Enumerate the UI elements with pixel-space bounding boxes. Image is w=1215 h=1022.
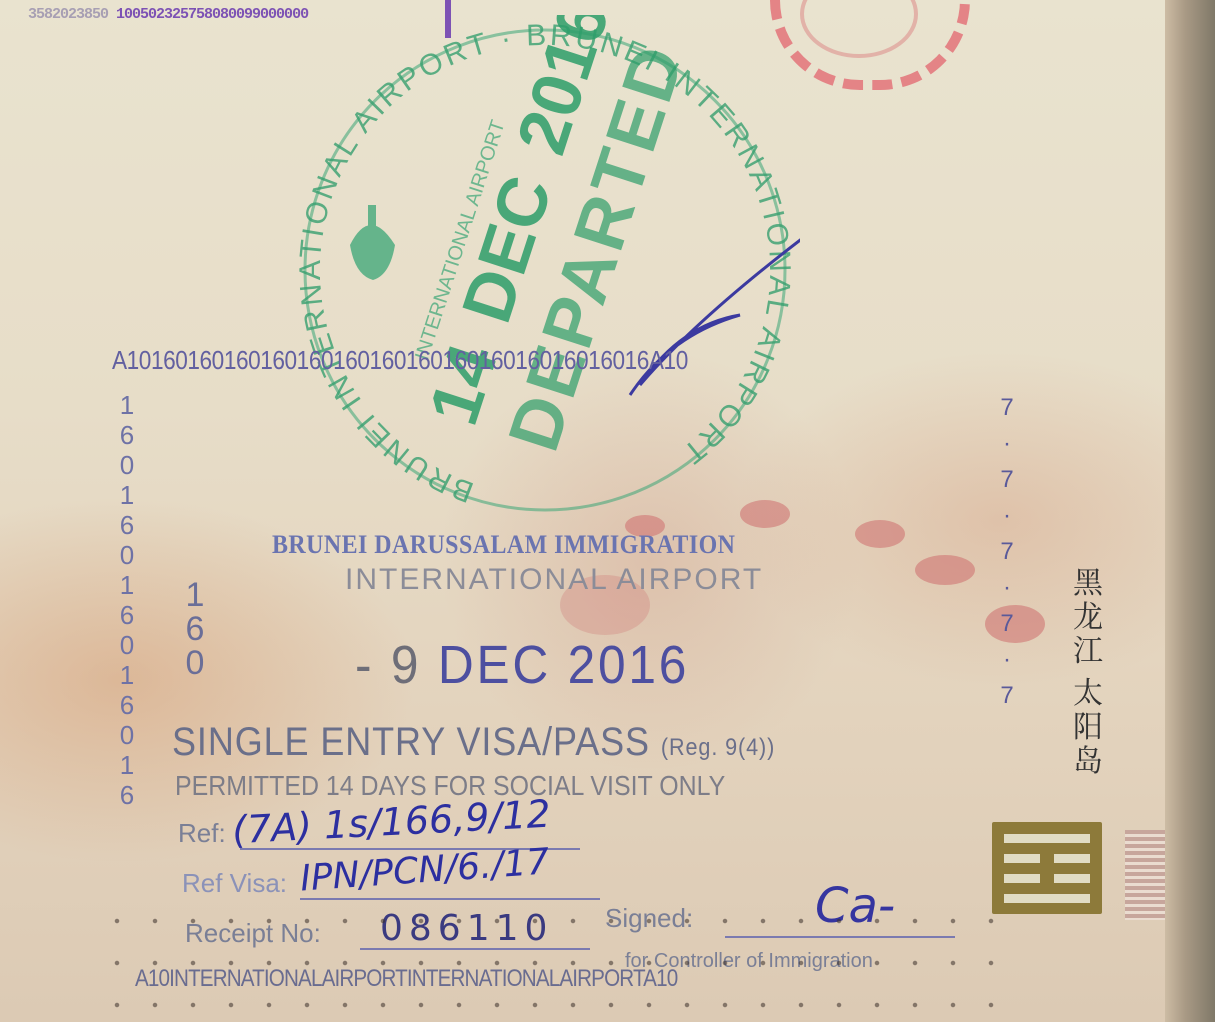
visa-side-digits: 1 6 0 bbox=[180, 578, 210, 680]
security-digit: 6 bbox=[112, 510, 142, 540]
chinese-char: 岛 bbox=[1070, 745, 1106, 779]
top-partial-stamp: 3582023850 100502325758080099000000 bbox=[28, 6, 308, 32]
security-digit: 0 bbox=[112, 720, 142, 750]
security-digit: · bbox=[995, 642, 1019, 678]
side-digit: 1 bbox=[180, 578, 210, 612]
security-digit: · bbox=[995, 426, 1019, 462]
chinese-char: 黑 bbox=[1070, 567, 1106, 601]
chinese-char: 江 bbox=[1070, 635, 1106, 669]
security-digit: 1 bbox=[112, 570, 142, 600]
chinese-char: 阳 bbox=[1070, 711, 1106, 745]
security-digit: 7 bbox=[995, 534, 1019, 570]
departure-stamp: BRUNEI INTERNATIONAL AIRPORT · BRUNEI IN… bbox=[290, 15, 800, 515]
security-digit: 1 bbox=[112, 750, 142, 780]
security-digit: 1 bbox=[112, 660, 142, 690]
visa-type: SINGLE ENTRY VISA/PASS (Reg. 9(4)) bbox=[172, 720, 775, 765]
side-digit: 6 bbox=[180, 612, 210, 646]
ink-blot bbox=[855, 520, 905, 548]
visa-regulation: (Reg. 9(4)) bbox=[661, 734, 775, 761]
side-digit: 0 bbox=[180, 646, 210, 680]
security-digit: · bbox=[995, 498, 1019, 534]
visa-date-month: DEC bbox=[438, 635, 551, 695]
top-stamp-faint-text: 3582023850 bbox=[28, 6, 108, 23]
ref-visa-label: Ref Visa: bbox=[182, 868, 287, 899]
security-digit: 1 bbox=[112, 480, 142, 510]
security-digit: 6 bbox=[112, 420, 142, 450]
visa-security-row-top: A101601601601601601601601601601601601601… bbox=[112, 345, 688, 376]
ink-blot bbox=[915, 555, 975, 585]
security-digit: 0 bbox=[112, 540, 142, 570]
visa-security-col-left: 1 6 0 1 6 0 1 6 0 1 6 0 1 6 bbox=[112, 390, 142, 810]
visa-date-day: - 9 bbox=[355, 635, 421, 695]
visa-type-text: SINGLE ENTRY VISA/PASS bbox=[172, 720, 650, 764]
visa-location: INTERNATIONAL AIRPORT bbox=[345, 563, 763, 597]
security-digit: 0 bbox=[112, 450, 142, 480]
background-chinese-text: 黑 龙 江 太 阳 岛 bbox=[1070, 567, 1106, 779]
visa-entry-date: - 9 DEC 2016 bbox=[355, 634, 689, 696]
perforation-dots bbox=[98, 900, 998, 1020]
security-digit: 7 bbox=[995, 390, 1019, 426]
trigram-emblem-icon bbox=[992, 822, 1102, 914]
chinese-char: 太 bbox=[1070, 677, 1106, 711]
security-digit: 6 bbox=[112, 600, 142, 630]
security-digit: 1 bbox=[112, 390, 142, 420]
ref-label: Ref: bbox=[178, 818, 226, 849]
visa-security-col-right: 7 · 7 · 7 · 7 · 7 bbox=[995, 390, 1019, 714]
security-digit: 7 bbox=[995, 462, 1019, 498]
visa-date-year: 2016 bbox=[568, 635, 690, 695]
security-digit: · bbox=[995, 570, 1019, 606]
passport-page-edge bbox=[1165, 0, 1215, 1022]
decorative-stripes bbox=[1125, 830, 1165, 920]
security-digit: 6 bbox=[112, 690, 142, 720]
security-digit: 6 bbox=[112, 780, 142, 810]
ref-visa-value: IPN/PCN/6./17 bbox=[299, 841, 551, 899]
chinese-char: 龙 bbox=[1070, 601, 1106, 635]
security-digit: 7 bbox=[995, 606, 1019, 642]
security-digit: 0 bbox=[112, 630, 142, 660]
top-stamp-text: 100502325758080099000000 bbox=[116, 6, 308, 23]
visa-authority: BRUNEI DARUSSALAM IMMIGRATION bbox=[272, 530, 735, 560]
security-digit: 7 bbox=[995, 678, 1019, 714]
